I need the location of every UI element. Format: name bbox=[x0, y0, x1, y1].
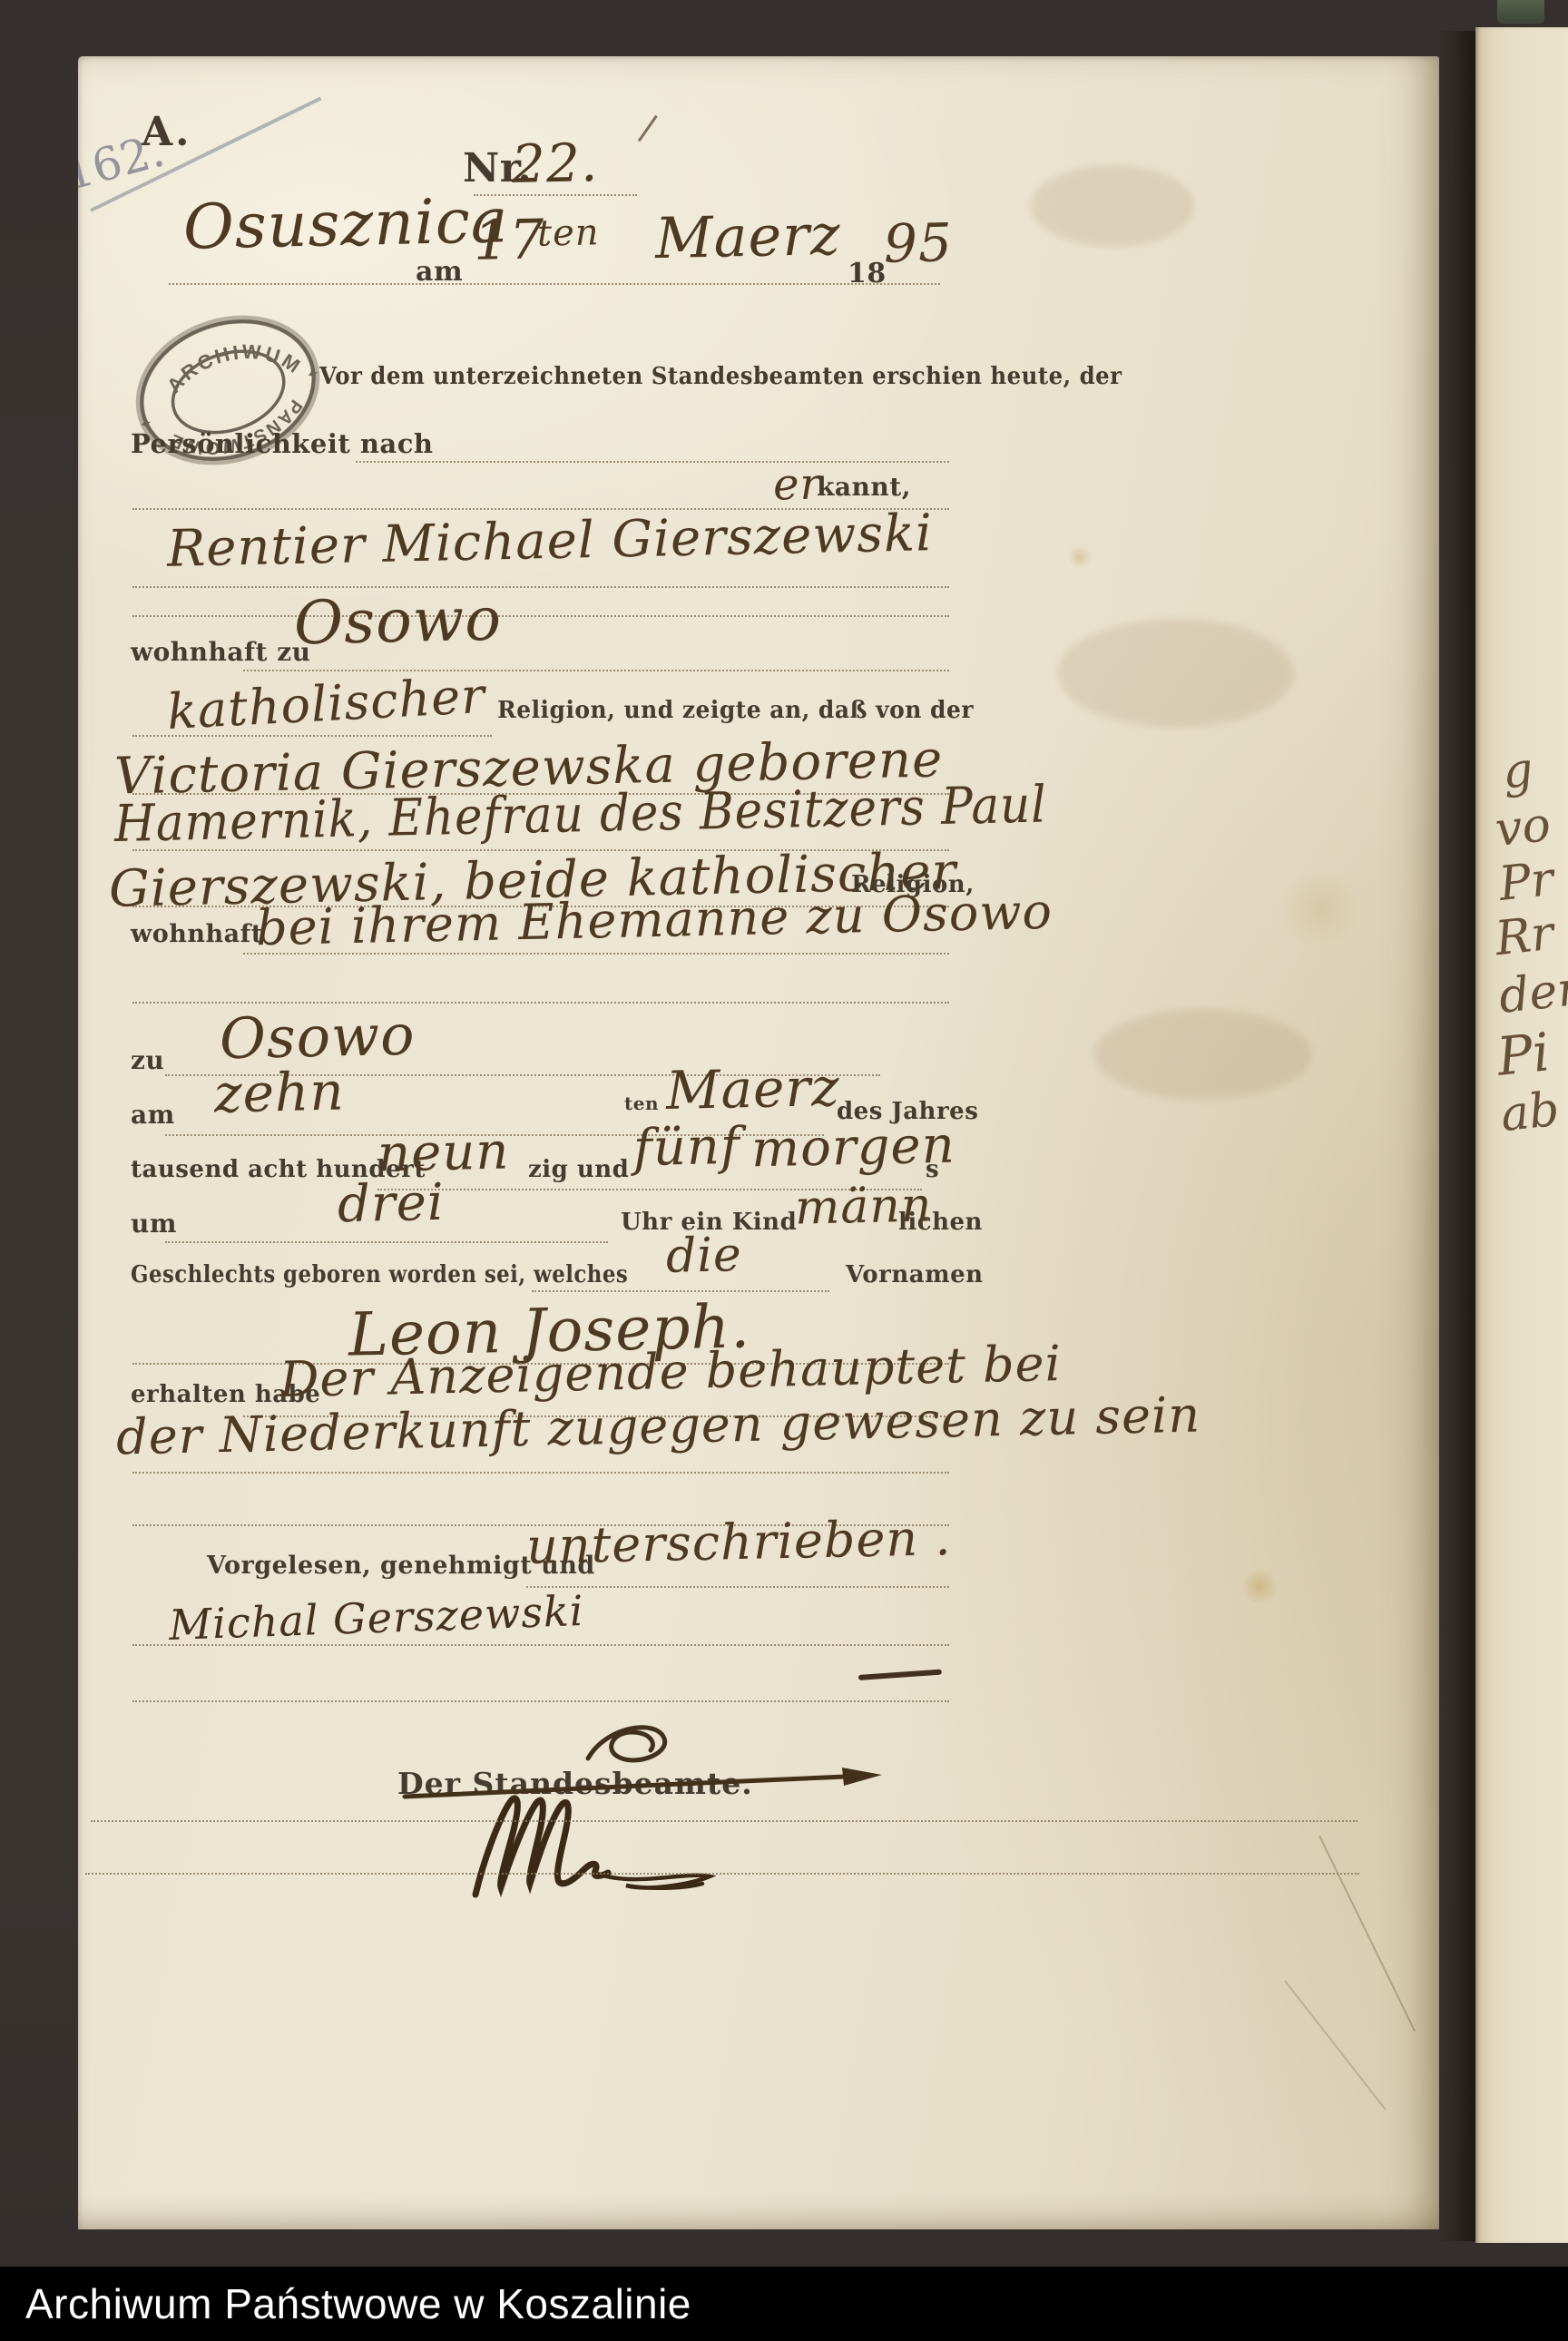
intro-printed-line: Vor dem unterzeichneten Standesbeamten e… bbox=[319, 363, 1122, 390]
um-label: um bbox=[131, 1209, 177, 1239]
registration-place-handwritten: Osusznica bbox=[182, 185, 509, 263]
registrar-signature-flourish bbox=[459, 1786, 822, 1922]
archive-watermark-bar: Archiwum Państwowe w Koszalinie bbox=[0, 2267, 1568, 2341]
next-page-edge: g vo Pr Rr den Pi ab bbox=[1475, 27, 1568, 2243]
paper-crease bbox=[1284, 1980, 1386, 2110]
archival-pencil-number: 162. bbox=[78, 124, 170, 201]
vornamen-printed: Vornamen bbox=[846, 1261, 984, 1288]
birth-day-handwritten: zehn bbox=[213, 1061, 345, 1125]
next-page-text-fragment: Pi bbox=[1494, 1021, 1553, 1088]
zig-und-printed: zig und bbox=[528, 1156, 629, 1183]
er-handwritten: er bbox=[772, 458, 822, 510]
paper-crease bbox=[1318, 1836, 1416, 2032]
record-number-value: 22. bbox=[511, 132, 599, 195]
next-page-text-fragment: ab bbox=[1498, 1082, 1562, 1142]
kannt-printed: kannt, bbox=[817, 472, 911, 502]
lichen-printed: lichen bbox=[898, 1209, 983, 1236]
next-page-text-fragment: Pr bbox=[1496, 852, 1556, 912]
paper-stain bbox=[1276, 873, 1367, 945]
next-page-text-fragment: g bbox=[1500, 742, 1535, 799]
unterschrieben-handwritten: unterschrieben . bbox=[525, 1509, 952, 1575]
next-page-text-fragment: vo bbox=[1493, 798, 1553, 857]
ink-bleedthrough bbox=[1031, 165, 1194, 247]
hour-handwritten: drei bbox=[337, 1173, 445, 1234]
next-page-text-fragment: Rr bbox=[1493, 906, 1556, 966]
next-page-text-fragment: den bbox=[1496, 961, 1568, 1024]
die-handwritten: die bbox=[665, 1228, 742, 1284]
declarant-signature: Michal Gerszewski bbox=[168, 1586, 584, 1650]
date-day-suffix-handwritten: ten bbox=[537, 211, 600, 254]
ten-printed: ten bbox=[624, 1092, 659, 1114]
zu-label: zu bbox=[131, 1045, 164, 1075]
ink-bleedthrough bbox=[1094, 1009, 1312, 1100]
ink-bleedthrough bbox=[1058, 619, 1294, 728]
religion-handwritten: katholischer bbox=[166, 667, 487, 740]
archive-stamp: ARCHIWUM PAŃSTWOWE ✦ ✦ bbox=[112, 289, 344, 493]
book-spine-marker bbox=[1497, 0, 1544, 24]
birth-month-handwritten: Maerz bbox=[665, 1056, 840, 1122]
persoenlichkeit-label: Persönlichkeit nach bbox=[131, 428, 433, 459]
paper-stain bbox=[1240, 1570, 1279, 1602]
am-label: am bbox=[131, 1100, 175, 1130]
ink-tick bbox=[638, 115, 658, 142]
year-units-handwritten: fünf bbox=[632, 1117, 740, 1178]
geschlechts-printed: Geschlechts geboren worden sei, welches bbox=[131, 1261, 628, 1288]
declarant-name-handwritten: Rentier Michael Gierszewski bbox=[166, 504, 933, 579]
date-year-handwritten: 95 bbox=[883, 211, 953, 275]
date-month-handwritten: Maerz bbox=[654, 201, 841, 271]
wohnhaft-zu-label: wohnhaft zu bbox=[131, 637, 310, 667]
religion-printed-line: Religion, und zeigte an, daß von der bbox=[497, 697, 974, 724]
ink-dash-mark bbox=[858, 1670, 942, 1680]
residence-handwritten: Osowo bbox=[293, 584, 503, 659]
register-page: A. 162. Nr. 22. Osusznica am 17 ten Maer… bbox=[78, 56, 1439, 2229]
wohnhaft-label: wohnhaft bbox=[131, 920, 263, 948]
paper-stain bbox=[1067, 546, 1093, 568]
book-gutter-shadow bbox=[1437, 31, 1475, 2241]
archive-watermark-text: Archiwum Państwowe w Koszalinie bbox=[25, 2279, 691, 2328]
